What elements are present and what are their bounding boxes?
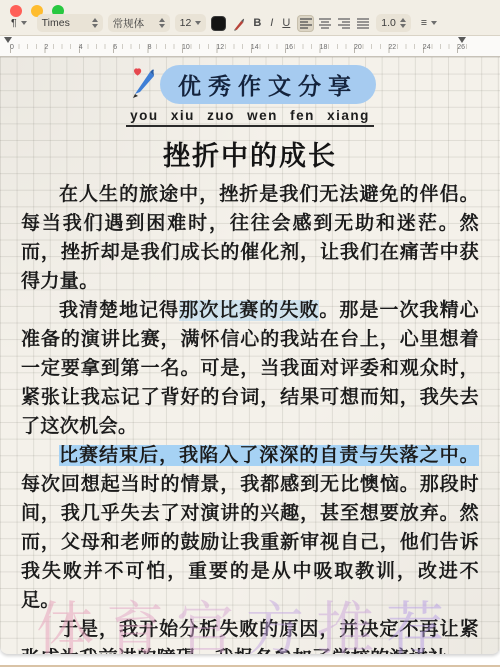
text-color-swatch[interactable] bbox=[211, 16, 226, 31]
font-family-value: Times bbox=[42, 17, 70, 29]
pinyin-subtitle: you xiu zuo wen fen xiang bbox=[126, 108, 374, 127]
ruler-number: 18 bbox=[320, 44, 328, 51]
font-size-value: 12 bbox=[180, 17, 192, 29]
ruler-number: 24 bbox=[423, 44, 431, 51]
ruler-number: 4 bbox=[79, 44, 83, 51]
align-center-button[interactable] bbox=[316, 15, 333, 32]
essay-paragraph[interactable]: 于是，我开始分析失败的原因，并决定不再让紧张成为我前进的障碍。我报名参加了学校的… bbox=[21, 615, 479, 654]
list-style-button[interactable]: ≡ bbox=[416, 14, 442, 32]
highlighted-text: 那次比赛的失败 bbox=[179, 300, 319, 321]
stepper-icon bbox=[400, 18, 406, 28]
pilcrow-icon: ¶ bbox=[11, 17, 17, 29]
window-toolbar: ¶ Times 常规体 12 B I U bbox=[0, 0, 500, 36]
text-segment: 我清楚地记得 bbox=[59, 300, 179, 321]
chevron-down-icon bbox=[431, 21, 437, 25]
essay-title[interactable]: 挫折中的成长 bbox=[0, 134, 500, 173]
stepper-icon bbox=[159, 18, 165, 28]
ruler-number: 10 bbox=[182, 44, 190, 51]
essay-badge: 优秀作文分享 bbox=[160, 65, 376, 104]
font-family-select[interactable]: Times bbox=[37, 14, 103, 32]
editor-page[interactable]: 优秀作文分享 you xiu zuo wen fen xiang 挫折中的成长 … bbox=[0, 57, 500, 654]
ruler-number: 6 bbox=[113, 44, 117, 51]
text-segment: 在人生的旅途中，挫折是我们无法避免的伴侣。每当我们遇到困难时，往往会感到无助和迷… bbox=[21, 184, 479, 292]
essay-paragraph[interactable]: 在人生的旅途中，挫折是我们无法避免的伴侣。每当我们遇到困难时，往往会感到无助和迷… bbox=[21, 180, 479, 296]
text-segment: 于是，我开始分析失败的原因，并决定不再让紧张成为我前进的障碍。我报名参加了学校的… bbox=[21, 619, 479, 654]
underline-button[interactable]: U bbox=[280, 17, 292, 29]
bold-button[interactable]: B bbox=[251, 17, 263, 29]
chevron-down-icon bbox=[195, 21, 201, 25]
font-size-select[interactable]: 12 bbox=[175, 14, 207, 32]
line-spacing-select[interactable]: 1.0 bbox=[376, 14, 411, 32]
left-indent-marker[interactable] bbox=[4, 37, 12, 43]
text-segment: 每次回想起当时的情景，我都感到无比懊恼。那段时间，我几乎失去了对演讲的兴趣，甚至… bbox=[21, 474, 479, 611]
ruler: 02468101214161820222426 bbox=[0, 36, 500, 57]
ruler-number: 22 bbox=[388, 44, 396, 51]
font-style-value: 常规体 bbox=[113, 16, 145, 31]
ruler-number: 20 bbox=[354, 44, 362, 51]
highlighted-text: 比赛结束后，我陷入了深深的自责与失落之中。 bbox=[59, 445, 479, 466]
ruler-number: 8 bbox=[148, 44, 152, 51]
paragraph-style-button[interactable]: ¶ bbox=[6, 14, 32, 32]
line-spacing-value: 1.0 bbox=[381, 17, 396, 29]
highlighter-pen-icon[interactable] bbox=[231, 16, 246, 31]
heart-pen-icon bbox=[124, 64, 158, 105]
chevron-down-icon bbox=[21, 21, 27, 25]
ruler-number: 26 bbox=[457, 44, 465, 51]
ruler-number: 12 bbox=[216, 44, 224, 51]
ruler-number: 2 bbox=[44, 44, 48, 51]
essay-body: 在人生的旅途中，挫折是我们无法避免的伴侣。每当我们遇到困难时，往往会感到无助和迷… bbox=[0, 180, 500, 654]
align-right-button[interactable] bbox=[335, 15, 352, 32]
essay-banner: 优秀作文分享 bbox=[0, 57, 500, 105]
align-justify-button[interactable] bbox=[354, 15, 371, 32]
ruler-number: 14 bbox=[251, 44, 259, 51]
font-style-select[interactable]: 常规体 bbox=[108, 14, 170, 32]
italic-button[interactable]: I bbox=[268, 17, 275, 29]
essay-paragraph[interactable]: 比赛结束后，我陷入了深深的自责与失落之中。每次回想起当时的情景，我都感到无比懊恼… bbox=[21, 441, 479, 615]
align-left-button[interactable] bbox=[297, 15, 314, 32]
essay-paragraph[interactable]: 我清楚地记得那次比赛的失败。那是一次我精心准备的演讲比赛，满怀信心的我站在台上，… bbox=[21, 296, 479, 441]
right-indent-marker[interactable] bbox=[458, 37, 466, 43]
list-icon: ≡ bbox=[421, 17, 427, 29]
ruler-number: 16 bbox=[285, 44, 293, 51]
page-bottom-edge bbox=[0, 654, 500, 667]
format-controls: ¶ Times 常规体 12 B I U bbox=[6, 13, 496, 33]
alignment-group bbox=[297, 15, 371, 32]
ruler-number: 0 bbox=[10, 44, 14, 51]
stepper-icon bbox=[92, 18, 98, 28]
